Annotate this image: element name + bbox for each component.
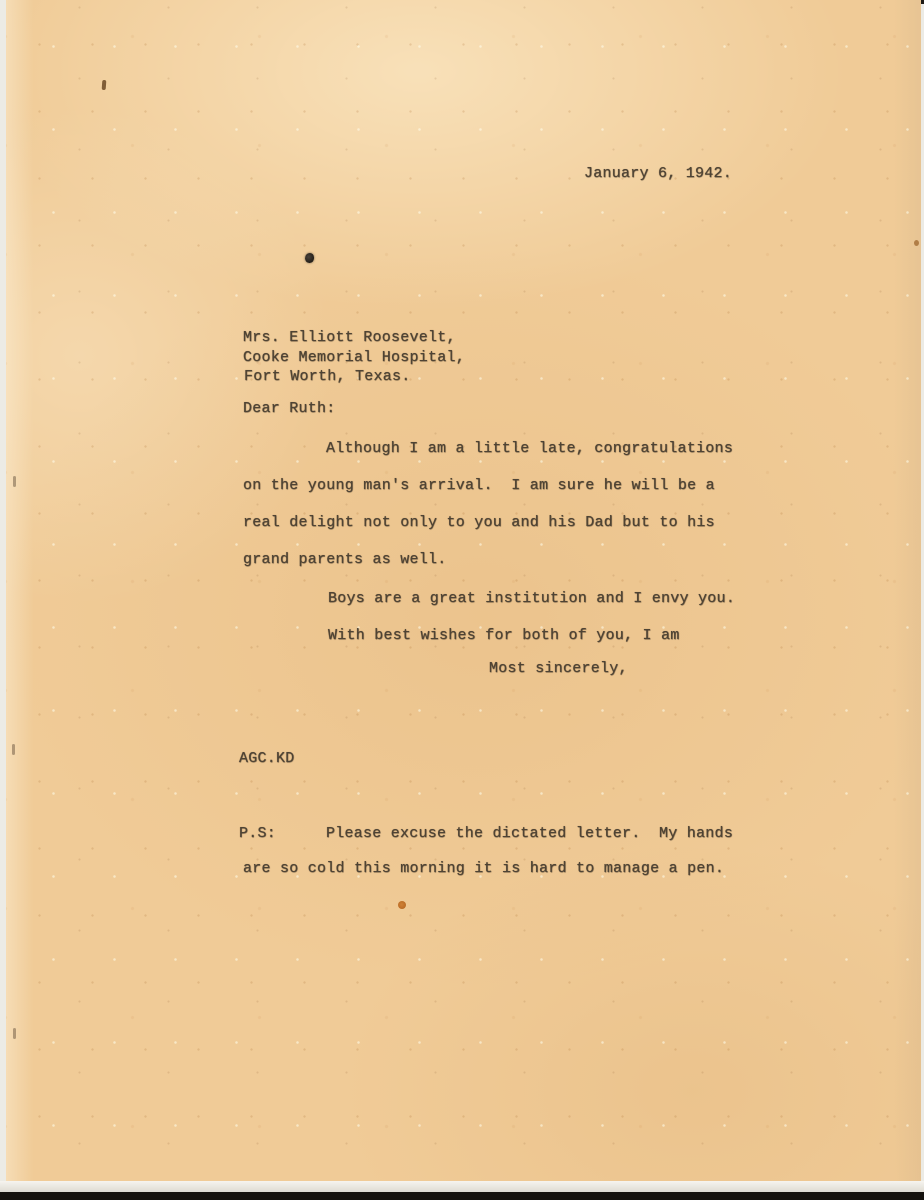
body-paragraph1-line: real delight not only to you and his Dad… (243, 515, 715, 530)
date-line: January 6, 1942. (584, 166, 732, 181)
left-edge-stitch-mark (13, 476, 16, 487)
reference-initials-line: AGC.KD (239, 751, 295, 766)
scan-backing-bottom-edge (0, 1181, 924, 1192)
rust-spot-mark (398, 901, 406, 909)
left-edge-stitch-mark (13, 1028, 16, 1039)
letter-paper: January 6, 1942. Mrs. Elliott Roosevelt,… (6, 0, 921, 1186)
ink-blot-mark (305, 253, 314, 263)
body-paragraph3-line: With best wishes for both of you, I am (328, 628, 680, 643)
edge-speck-mark (914, 240, 919, 246)
postscript-line: Please excuse the dictated letter. My ha… (326, 826, 733, 841)
body-paragraph1-line: grand parents as well. (243, 552, 447, 567)
recipient-hospital-line: Cooke Memorial Hospital, (243, 350, 465, 365)
body-paragraph1-line: on the young man's arrival. I am sure he… (243, 478, 715, 493)
postscript-line: are so cold this morning it is hard to m… (243, 861, 724, 876)
recipient-city-line: Fort Worth, Texas. (244, 369, 411, 384)
recipient-name-line: Mrs. Elliott Roosevelt, (243, 330, 456, 345)
body-paragraph2-line: Boys are a great institution and I envy … (328, 591, 735, 606)
body-paragraph1-line: Although I am a little late, congratulat… (326, 441, 733, 456)
letter-scan: January 6, 1942. Mrs. Elliott Roosevelt,… (0, 0, 924, 1200)
salutation-line: Dear Ruth: (243, 401, 336, 416)
left-edge-stitch-mark (12, 744, 15, 755)
scanner-bed-bottom-edge (0, 1192, 924, 1200)
closing-line: Most sincerely, (489, 661, 628, 676)
paper-fleck-mark (102, 80, 107, 90)
postscript-label: P.S: (239, 826, 276, 841)
